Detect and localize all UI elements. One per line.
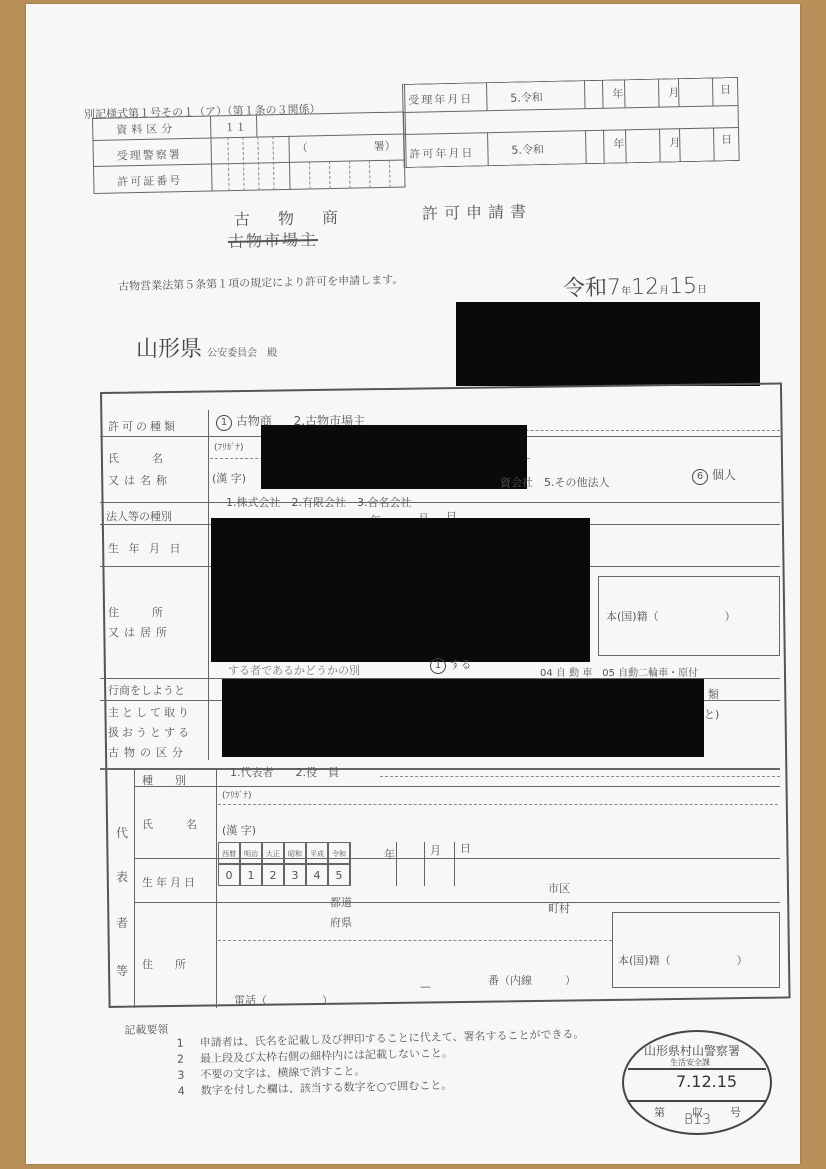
- label-rep-address: 住 所: [142, 956, 186, 972]
- addressee-suffix: 公安委員会 殿: [207, 348, 277, 359]
- corp-type-options: 1.株式会社 2.有限会社 3.合名会社: [226, 494, 411, 510]
- received-era: 5.令和: [510, 89, 543, 106]
- instructions-heading: 記載要領: [124, 1021, 168, 1038]
- redacted-applicant-name: [261, 425, 527, 489]
- police-receipt-stamp: 山形県村山警察署 生活安全課 7.12.15 第 収 号 B13: [622, 1030, 772, 1135]
- permit-era: 5.令和: [511, 141, 544, 158]
- era-label: 西暦: [218, 842, 240, 864]
- redacted-goods-categories: [222, 679, 704, 757]
- label-goods-2: 扱おうとする: [108, 724, 192, 740]
- label-name-1: 氏 名: [108, 450, 163, 466]
- label-goods-3: 古物の区分: [108, 744, 188, 760]
- rep-side-label-3: 者: [116, 914, 128, 931]
- instruction-number: 1: [177, 1037, 184, 1050]
- instruction-number: 3: [177, 1069, 184, 1082]
- station-suffix: （ 署）: [296, 138, 395, 156]
- peddling-option1: 1 する: [430, 656, 472, 674]
- era-label: 昭和: [284, 842, 306, 864]
- application-date: 令和7年12月15日: [563, 268, 708, 302]
- name-furigana-label: (ﾌﾘｶﾞﾅ): [214, 440, 244, 453]
- received-year-label: 年: [612, 85, 623, 101]
- rep-side-label-1: 代: [116, 824, 128, 841]
- label-permit-date: 許可年月日: [409, 144, 474, 161]
- label-corp-type: 法人等の種別: [106, 508, 172, 524]
- era-label: 令和: [328, 842, 350, 864]
- date-year-label: 年: [621, 286, 631, 297]
- rep-kind-options[interactable]: 1.代表者 2.役 員: [230, 764, 339, 780]
- rep-address-shiku-top: 市区: [548, 880, 570, 896]
- stamp-date: 7.12.15: [676, 1072, 737, 1091]
- label-rep-birth: 生年月日: [142, 874, 198, 890]
- rep-side-label-2: 表: [116, 868, 128, 885]
- label-rep-name: 氏 名: [142, 816, 197, 832]
- rep-address-todofuken-bottom: 府県: [330, 914, 352, 930]
- permit-day-label: 日: [721, 131, 732, 147]
- title-line1-application: 許可申請書: [422, 199, 532, 224]
- label-permit-number: 許可証番号: [117, 172, 182, 189]
- title-line2-struck: 古物市場主: [228, 227, 318, 252]
- nationality-field[interactable]: 本(国)籍（ ）: [606, 608, 736, 624]
- label-peddling: 行商をしようと: [108, 682, 185, 698]
- label-permit-type: 許可の種類: [108, 418, 178, 434]
- rep-address-todofuken-top: 都道: [330, 894, 352, 910]
- peddling-option1-selected[interactable]: 1: [430, 658, 446, 674]
- date-month-label: 月: [659, 285, 669, 296]
- redacted-applicant-block: [456, 302, 760, 386]
- label-goods-1: 主として取り: [108, 704, 192, 720]
- addressee: 山形県 公安委員会 殿: [136, 332, 277, 363]
- era-code-option[interactable]: 4: [306, 864, 328, 886]
- label-data-category: 資料区分: [116, 120, 176, 137]
- label-receiving-station: 受理警察署: [117, 146, 182, 163]
- rep-birth-month-label: 月: [430, 842, 441, 858]
- permit-type-option1-selected[interactable]: 1: [216, 415, 232, 431]
- label-address-2: 又は居所: [108, 624, 172, 640]
- corp-type-option6-label: 個人: [712, 468, 736, 482]
- era-code-option[interactable]: 0: [218, 864, 240, 886]
- office-use-table-left: 資料区分 １１ 受理警察署 （ 署） 許可証番号: [92, 111, 406, 194]
- era-label: 大正: [262, 842, 284, 864]
- rep-phone-ext[interactable]: 番（内線 ）: [488, 972, 576, 988]
- rep-side-label-4: 等: [116, 962, 128, 979]
- stamp-dept: 生活安全課: [670, 1057, 710, 1068]
- label-peddling-tail: する者であるかどうかの別: [228, 662, 360, 678]
- era-code-option[interactable]: 2: [262, 864, 284, 886]
- office-use-table-right: 受理年月日 5.令和 年 月 日 許可年月日 5.令和 年 月 日: [402, 77, 740, 168]
- stamp-number: B13: [684, 1112, 711, 1128]
- label-name-2: 又は名称: [108, 472, 172, 488]
- rep-address-shiku-bottom: 町村: [548, 900, 570, 916]
- rep-name-kanji-label: (漢 字): [222, 822, 256, 838]
- era-code-option[interactable]: 1: [240, 864, 262, 886]
- instruction-number: 2: [177, 1053, 184, 1066]
- label-birth-date: 生 年 月 日: [108, 540, 184, 556]
- date-month: 12: [631, 274, 660, 300]
- date-day-label: 日: [697, 284, 707, 295]
- date-year: 7: [607, 275, 622, 300]
- rep-birth-day-label: 日: [460, 840, 471, 856]
- rep-phone-label[interactable]: 電話（ ）: [234, 992, 333, 1008]
- received-day-label: 日: [720, 81, 731, 97]
- goods-tail2: と): [704, 706, 719, 722]
- instruction-number: 4: [178, 1085, 185, 1098]
- redacted-birth-and-address: [211, 518, 590, 662]
- title-line1-dealer: 古 物 商: [234, 205, 344, 230]
- rep-name-furigana-label: (ﾌﾘｶﾞﾅ): [222, 788, 252, 801]
- corp-type-option6: 6 個人: [692, 466, 736, 485]
- name-kanji-label: (漢 字): [212, 470, 246, 486]
- rep-phone-dash: —: [420, 980, 431, 993]
- goods-visible-items: 04 自 動 車 05 自動二輪車・原付: [540, 664, 698, 679]
- corp-type-option6-selected[interactable]: 6: [692, 469, 708, 485]
- date-era: 令和: [563, 276, 608, 302]
- era-code-option[interactable]: 3: [284, 864, 306, 886]
- rep-nationality-field[interactable]: 本(国)籍（ ）: [618, 952, 748, 968]
- era-label: 明治: [240, 842, 262, 864]
- era-label: 平成: [306, 842, 328, 864]
- era-code-option[interactable]: 5: [328, 864, 350, 886]
- peddling-option1-label: する: [450, 658, 472, 671]
- label-address-1: 住 所: [108, 604, 163, 620]
- corp-type-options-tail: 資会社 5.その他法人: [500, 474, 610, 490]
- value-data-category: １１: [224, 119, 246, 135]
- rep-nationality-box: [612, 912, 780, 988]
- addressee-prefecture: 山形県: [136, 337, 202, 362]
- goods-tail1: 類: [708, 686, 719, 702]
- rep-birth-year-label: 年: [384, 846, 395, 862]
- label-received-date: 受理年月日: [408, 91, 473, 108]
- date-day: 15: [669, 274, 698, 300]
- permit-year-label: 年: [613, 135, 624, 151]
